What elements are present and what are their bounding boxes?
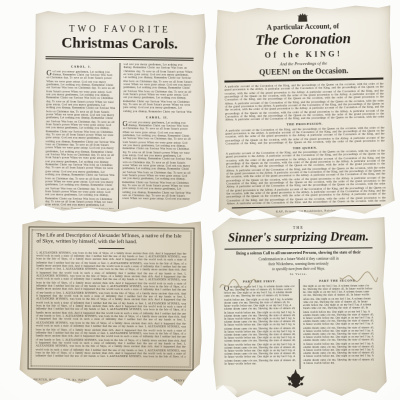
- broadside-life-and-description: The Life and Description of Alexander M'…: [19, 219, 202, 387]
- coronation-paragraphs-3: A particular account of the Coronation o…: [226, 149, 386, 204]
- carols-columns: CAROL. I. God rest you merry gentlemen, …: [42, 62, 196, 209]
- carols-title-top: TWO FAVORITE: [34, 23, 206, 35]
- woodcut-ornament: [285, 368, 307, 388]
- life-imprint-row: PRINTER, BOOKSELLER, &c. PAISLEY. PRICE …: [33, 378, 185, 382]
- life-title: The Life and Description of Alexander M'…: [36, 232, 186, 246]
- carol-2-heading: CAROL. II.: [122, 115, 192, 120]
- handwriting-mark-left: [219, 277, 259, 291]
- decorative-border-frame: The Life and Description of Alexander M'…: [28, 226, 195, 370]
- carol-column-1: CAROL. I. God rest you merry gentlemen, …: [42, 62, 119, 208]
- carol-column-2: God rest you merry gentlemen, Let nothin…: [117, 63, 195, 209]
- carols-title-main: Christmas Carols.: [34, 35, 206, 54]
- coronation-paragraphs-1: A particular account of the Coronation o…: [224, 82, 384, 121]
- coronation-title: The Coronation: [214, 30, 391, 50]
- dream-title: Sinner's surprizing Dream.: [211, 229, 385, 246]
- carol-1-heading: CAROL. I.: [46, 64, 116, 69]
- dream-columns: PART THE FIRST. One night as on my bed I…: [221, 279, 378, 370]
- photo-of-four-broadsides: TWO FAVORITE Christmas Carols. CAROL. I.…: [0, 0, 400, 400]
- dream-column-1: PART THE FIRST. One night as on my bed I…: [221, 279, 299, 369]
- life-imprint-printer: PRINTER, BOOKSELLER, &c. PAISLEY.: [33, 378, 92, 381]
- life-body-text: I, ALEXANDER M'INNES, was born in the Is…: [36, 251, 187, 357]
- carol-1-verse-continued: God rest you merry gentlemen, Let nothin…: [122, 63, 192, 114]
- thick-rule: [224, 77, 383, 82]
- coronation-paragraphs-2: A particular account of the Coronation o…: [225, 126, 384, 145]
- broadside-sinners-dream: THE Sinner's surprizing Dream. Being a s…: [211, 215, 387, 398]
- broadside-christmas-carols: TWO FAVORITE Christmas Carols. CAROL. I.…: [32, 10, 206, 213]
- handwriting-mark-right: [339, 270, 379, 284]
- coronation-imprint: KAY, Printer and Bookbinder, Paisley.: [218, 207, 395, 214]
- ornamental-separator: [98, 248, 124, 249]
- dream-verse-1: One night as on my bed I lay, A solemn d…: [224, 285, 296, 370]
- life-imprint-price: PRICE ONE PENNY.: [156, 379, 186, 382]
- coronation-body: A particular account of the Coronation o…: [224, 82, 385, 204]
- dream-verse-2: One night as on my bed I lay, A solemn d…: [302, 284, 374, 369]
- double-rule: [46, 56, 194, 61]
- broadside-coronation-account: A particular Account, of The Coronation …: [214, 4, 395, 218]
- dream-column-2: PART THE SECOND. One night as on my bed …: [298, 279, 377, 369]
- crown-icon: [297, 13, 308, 22]
- carol-2-verse-text: God rest you merry gentlemen, Let nothin…: [122, 121, 192, 202]
- carol-1-verse-text: God rest you merry gentlemen, Let nothin…: [45, 70, 116, 209]
